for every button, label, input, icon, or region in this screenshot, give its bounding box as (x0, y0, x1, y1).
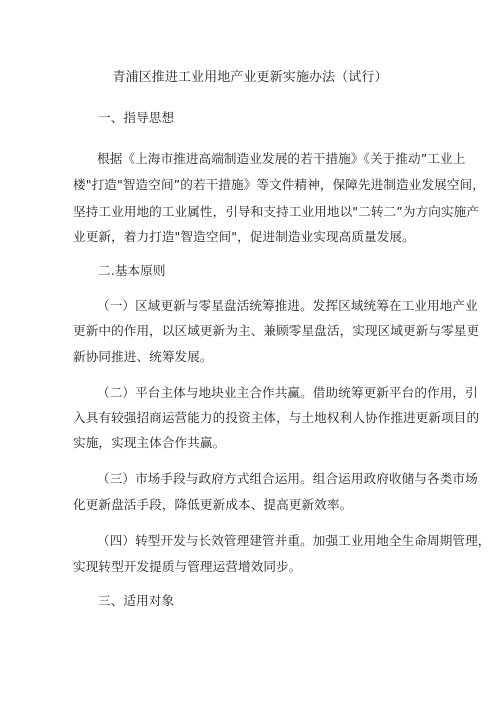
document-page: 青浦区推进工业用地产业更新实施办法（试行） 一、指导思想 根据《上海市推进高端制… (0, 0, 500, 707)
paragraph-line: （四）转型开发与长效管理建管并重。加强工业用地全生命周期管理， (97, 533, 425, 549)
paragraph-line: 根据《上海市推进高端制造业发展的若干措施》《关于推动”工业上 (97, 151, 425, 167)
paragraph-line: 实现转型开发提质与管理运营增效同步。 (73, 559, 302, 575)
paragraph-line: 坚持工业用地的工业属性，引导和支持工业用地以"二转二”为方向实施产 (73, 204, 425, 220)
paragraph-line: （三）市场手段与政府方式组合运用。组合运用政府收储与各类市场 (97, 471, 425, 487)
paragraph-line: 实施，实现主体合作共赢。 (73, 435, 225, 451)
section-heading-applicable-objects: 三、适用对象 (98, 593, 174, 609)
paragraph-line: 更新中的作用，以区域更新为主、兼顾零星盘活，实现区域更新与零星更 (73, 323, 425, 339)
section-heading-basic-principles: 二.基本原则 (98, 263, 166, 279)
paragraph-line: 入具有较强招商运营能力的投资主体，与土地权利人协作推进更新项目的 (73, 410, 425, 426)
paragraph-line: 新协同推进、统筹发展。 (73, 349, 213, 365)
paragraph-line: 业更新，着力打造"智造空间"，促进制造业实现高质量发展。 (73, 229, 415, 245)
paragraph-line: （二）平台主体与地块业主合作共赢。借助统筹更新平台的作用，引 (97, 385, 425, 401)
section-heading-guiding-ideology: 一、指导思想 (98, 110, 174, 126)
document-title: 青浦区推进工业用地产业更新实施办法（试行） (0, 70, 500, 86)
paragraph-line: 化更新盘活手段，降低更新成本、提高更新效率。 (73, 497, 352, 513)
paragraph-line: 楼"打造"智造空间”的若干措施》等文件精神，保障先进制造业发展空间， (73, 177, 425, 193)
paragraph-line: （一）区域更新与零星盘活统筹推进。发挥区域统筹在工业用地产业 (97, 298, 425, 314)
